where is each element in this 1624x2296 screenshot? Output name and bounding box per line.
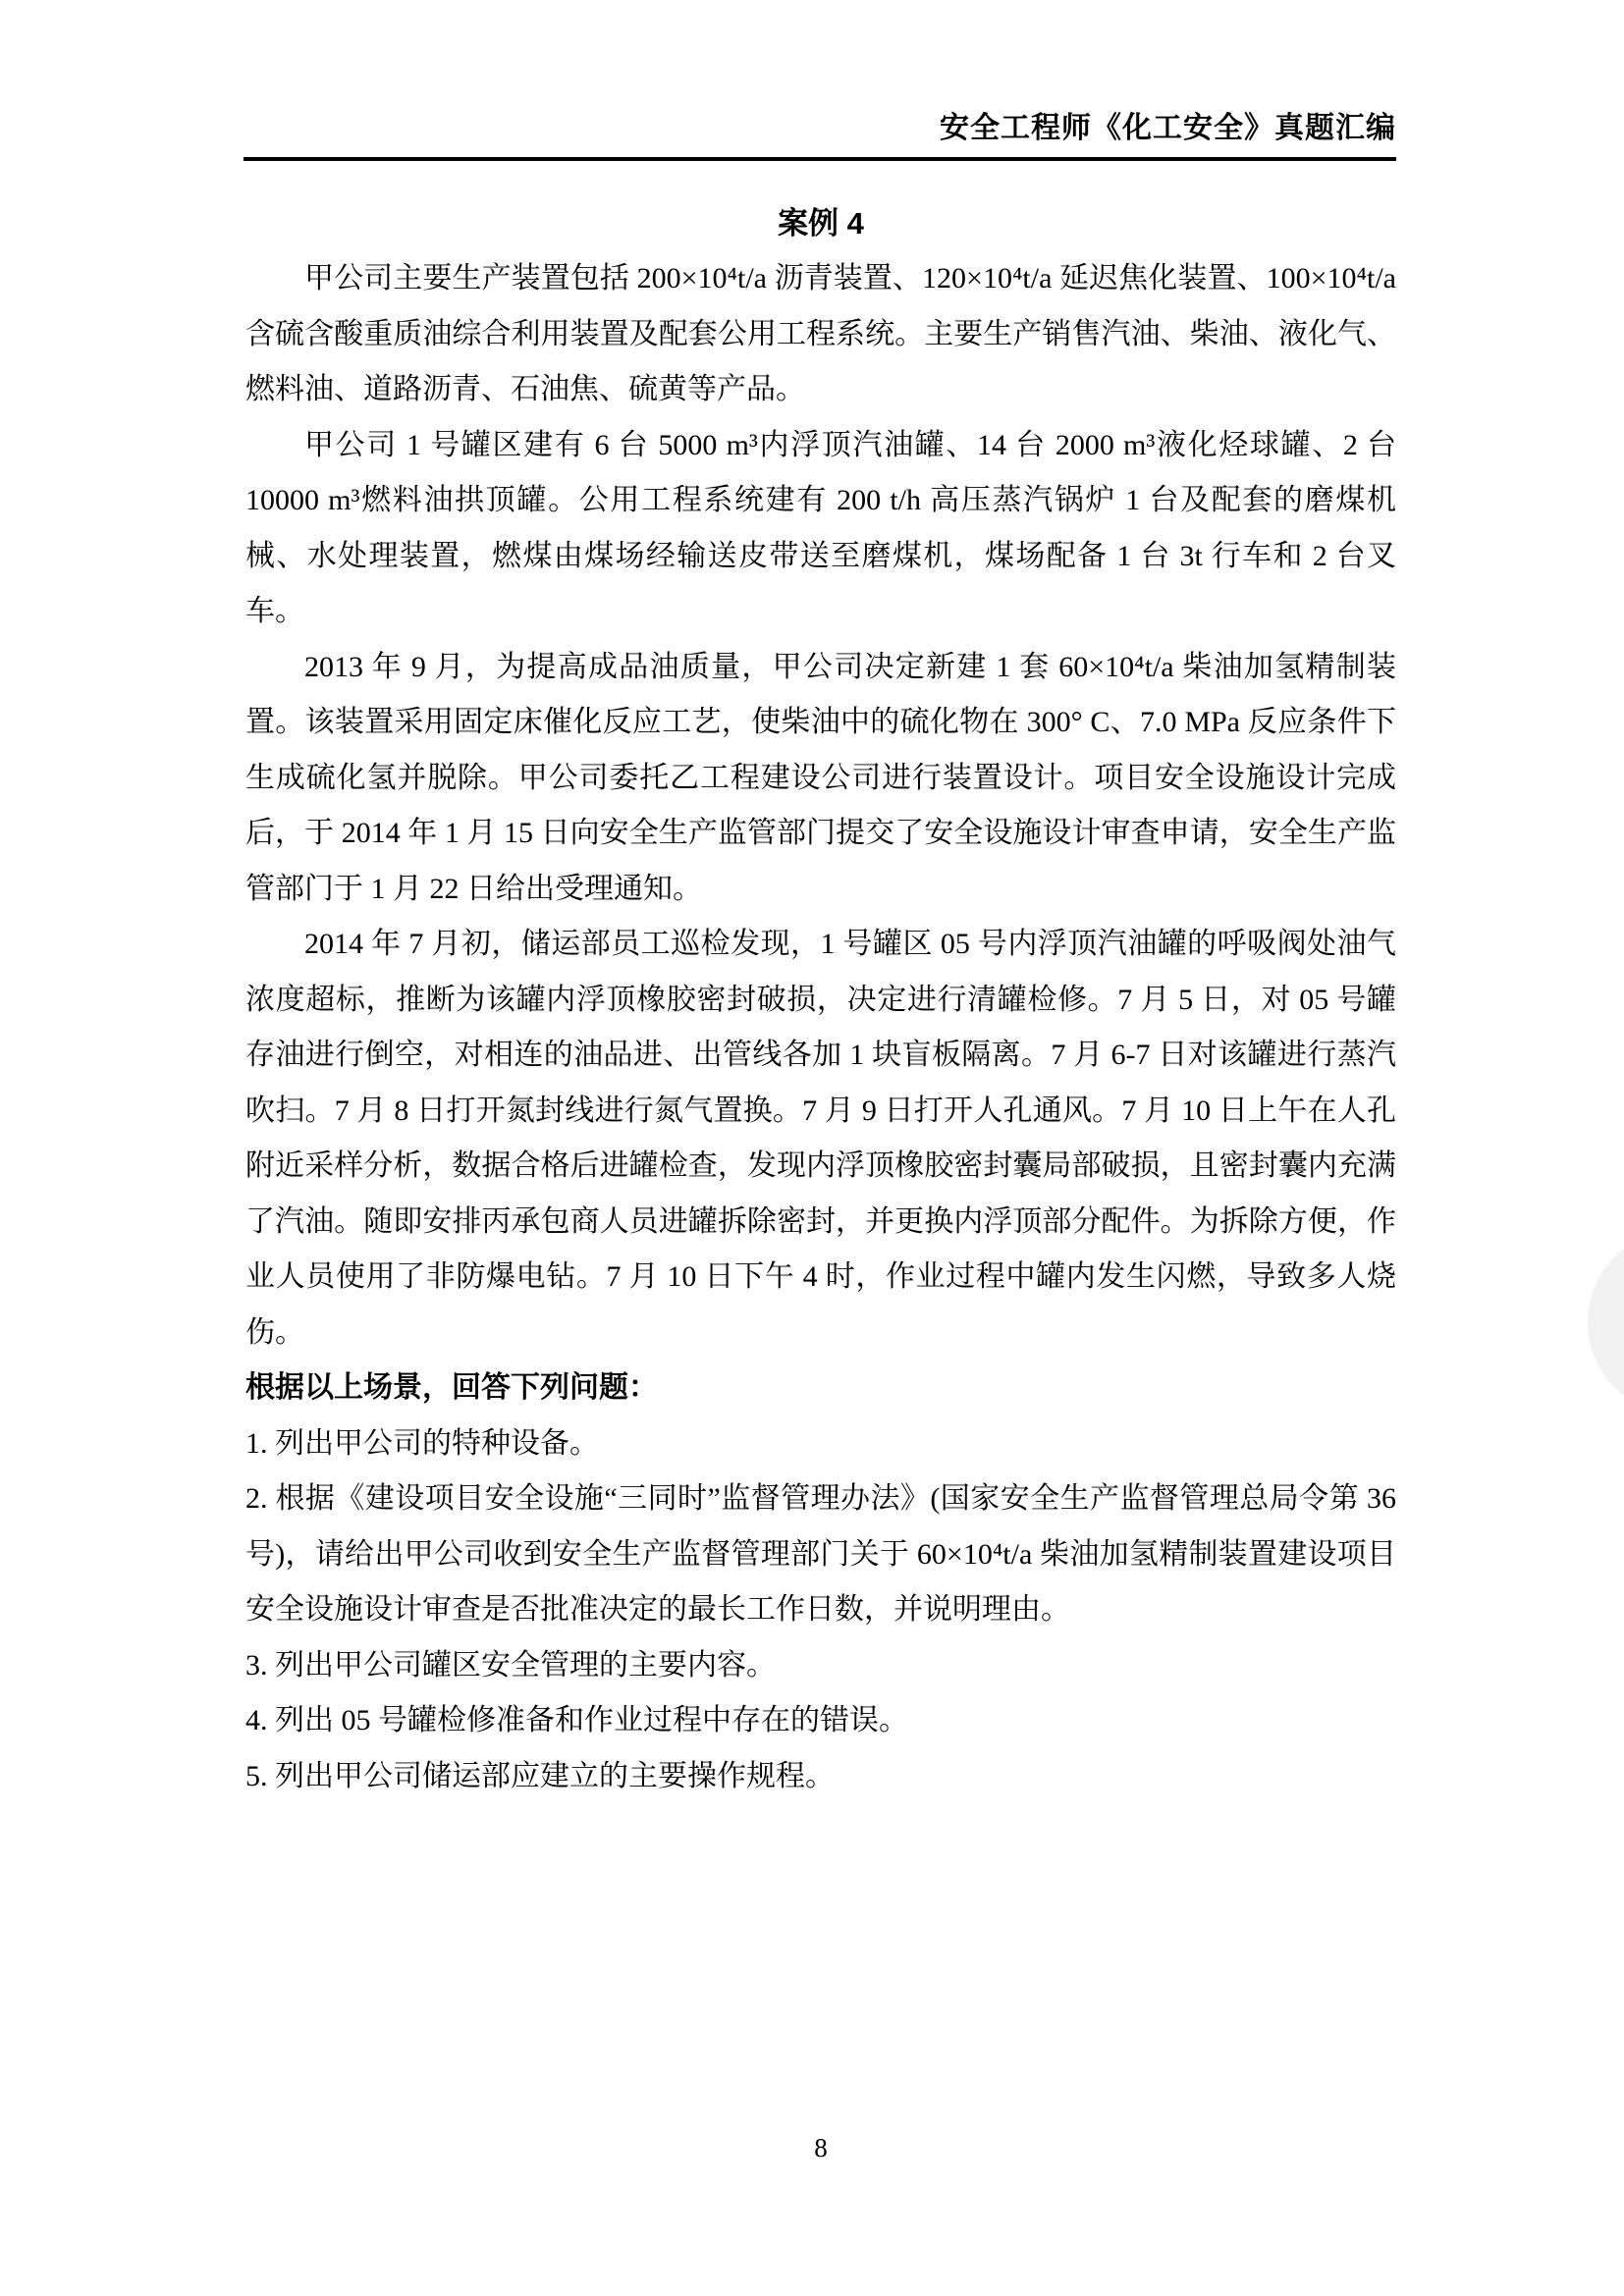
- page-content: 案例 4 甲公司主要生产装置包括 200×10⁴t/a 沥青装置、120×10⁴…: [245, 196, 1396, 1804]
- paragraph-production-units: 甲公司主要生产装置包括 200×10⁴t/a 沥青装置、120×10⁴t/a 延…: [245, 251, 1396, 418]
- paragraph-new-hydrotreating-unit: 2013 年 9 月，为提高成品油质量，甲公司决定新建 1 套 60×10⁴t/…: [245, 640, 1396, 918]
- paragraph-incident: 2014 年 7 月初，储运部员工巡检发现，1 号罐区 05 号内浮顶汽油罐的呼…: [245, 917, 1396, 1361]
- case-title: 案例 4: [245, 196, 1396, 251]
- watermark-circle: [1588, 1229, 1624, 1415]
- questions-intro: 根据以上场景，回答下列问题：: [245, 1361, 1396, 1416]
- document-page: 安全工程师《化工安全》真题汇编 案例 4 甲公司主要生产装置包括 200×10⁴…: [0, 0, 1624, 2296]
- paragraph-tank-farm: 甲公司 1 号罐区建有 6 台 5000 m³内浮顶汽油罐、14 台 2000 …: [245, 418, 1396, 640]
- header-title: 安全工程师《化工安全》真题汇编: [940, 112, 1396, 144]
- header-rule: [244, 157, 1396, 161]
- question-item-1: 1. 列出甲公司的特种设备。: [245, 1416, 1396, 1472]
- page-number: 8: [245, 2128, 1396, 2167]
- question-item-2: 2. 根据《建设项目安全设施“三同时”监督管理办法》(国家安全生产监督管理总局令…: [245, 1471, 1396, 1638]
- question-item-5: 5. 列出甲公司储运部应建立的主要操作规程。: [245, 1749, 1396, 1805]
- question-item-4: 4. 列出 05 号罐检修准备和作业过程中存在的错误。: [245, 1693, 1396, 1749]
- question-item-3: 3. 列出甲公司罐区安全管理的主要内容。: [245, 1638, 1396, 1694]
- page-header: 安全工程师《化工安全》真题汇编: [245, 108, 1396, 149]
